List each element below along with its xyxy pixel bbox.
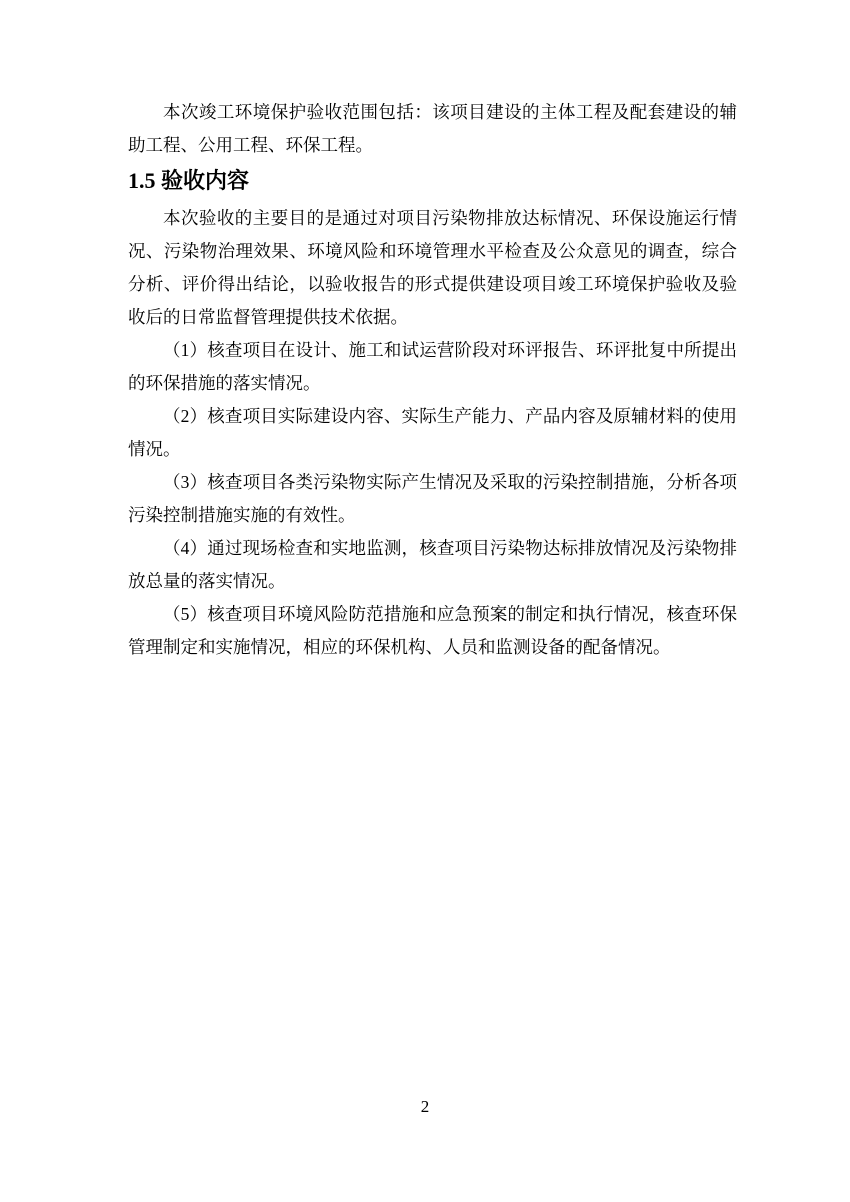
intro-paragraph: 本次竣工环境保护验收范围包括：该项目建设的主体工程及配套建设的辅助工程、公用工程… — [128, 96, 737, 162]
page-number: 2 — [421, 1097, 430, 1116]
numbered-item-5: （5）核查项目环境风险防范措施和应急预案的制定和执行情况，核查环保管理制定和实施… — [128, 598, 737, 664]
numbered-item-3: （3）核查项目各类污染物实际产生情况及采取的污染控制措施，分析各项污染控制措施实… — [128, 466, 737, 532]
numbered-item-4: （4）通过现场检查和实地监测，核查项目污染物达标排放情况及污染物排放总量的落实情… — [128, 532, 737, 598]
numbered-item-2: （2）核查项目实际建设内容、实际生产能力、产品内容及原辅材料的使用情况。 — [128, 400, 737, 466]
page-content: 本次竣工环境保护验收范围包括：该项目建设的主体工程及配套建设的辅助工程、公用工程… — [128, 96, 737, 664]
page-footer: 2 — [0, 1090, 850, 1123]
numbered-item-1: （1）核查项目在设计、施工和试运营阶段对环评报告、环评批复中所提出的环保措施的落… — [128, 334, 737, 400]
purpose-paragraph: 本次验收的主要目的是通过对项目污染物排放达标情况、环保设施运行情况、污染物治理效… — [128, 202, 737, 334]
document-page: 本次竣工环境保护验收范围包括：该项目建设的主体工程及配套建设的辅助工程、公用工程… — [0, 0, 850, 1202]
section-heading: 1.5 验收内容 — [128, 163, 737, 199]
